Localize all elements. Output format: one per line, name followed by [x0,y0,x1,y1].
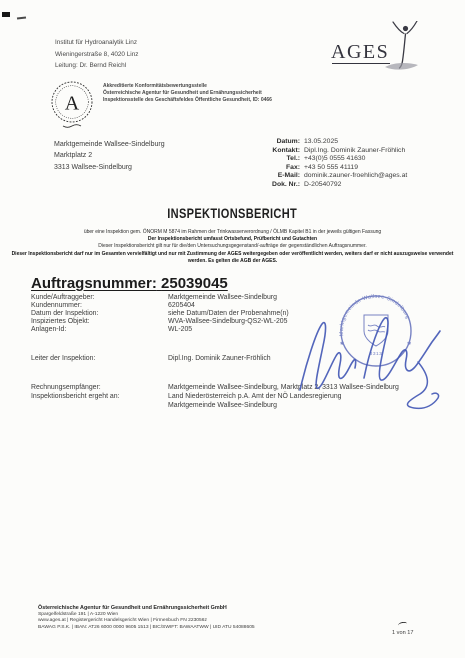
accreditation-block: Akkreditierte Konformitätsbewertungsstel… [103,83,272,104]
institute-block: Institut für Hydroanalytik Linz Wieninge… [55,37,138,72]
order-number-value: 25039045 [161,275,228,292]
recipient-name: Marktgemeinde Wallsee-Sindelburg [54,139,165,150]
scan-artifact-squiggle [398,622,407,628]
report-title-text: INSPEKTIONSBERICHT [168,205,298,221]
report-title: INSPEKTIONSBERICHT [0,205,465,221]
ages-logo-underline [332,63,390,64]
seal-letter: A [65,93,80,115]
signature-stroke [300,323,356,390]
scan-artifact-block [2,12,10,17]
contact-value: D-20540792 [304,181,465,190]
subtitle-line: Dieser Inspektionsbericht gilt nur für d… [0,243,465,250]
recipient-street: Marktplatz 2 [54,150,165,161]
page-number: 1 von 17 [392,630,413,636]
detail-label: Leiter der Inspektion: [31,355,168,364]
contact-row-email: E-Mail: dominik.zauner-froehlich@ages.at [222,172,465,181]
detail-value: Dipl.Ing. Dominik Zauner-Fröhlich [168,355,271,364]
accreditation-line: Inspektionsstelle des Geschäftsfeldes Öf… [103,97,272,104]
contact-row-person: Kontakt: Dipl.Ing. Dominik Zauner-Fröhli… [222,147,465,156]
detail-label: Inspektionsbericht ergeht an: [31,392,168,401]
contact-label: Dok. Nr.: [222,181,304,190]
detail-label: Inspiziertes Objekt: [31,318,168,326]
contact-value: dominik.zauner-froehlich@ages.at [304,172,465,181]
contact-label: Datum: [222,138,304,147]
contact-row-date: Datum: 13.05.2025 [222,138,465,147]
contact-row-phone: Tel.: +43(0)5 0555 41630 [222,155,465,164]
signature-stroke [364,318,440,380]
detail-label-spacer [31,401,168,410]
accreditation-line: Österreichische Agentur für Gesundheit u… [103,90,272,97]
subtitle-line: Der Inspektionsbericht umfasst Ortsbefun… [0,236,465,243]
contact-value: 13.05.2025 [304,138,465,147]
subtitle-line: Dieser Inspektionsbericht darf nur im Ge… [0,251,465,258]
contact-value: +43 50 555 41119 [304,164,465,173]
detail-label: Kunde/Auftraggeber: [31,294,168,302]
ages-logo-text: AGES [331,41,389,64]
report-subtitle-block: über eine Inspektion gem. ÖNORM M 5874 i… [0,229,465,265]
subtitle-line: werden. Es gelten die AGB der AGES. [0,258,465,265]
contact-label: Tel.: [222,155,304,164]
detail-label: Anlagen-Id: [31,326,168,334]
contact-block: Datum: 13.05.2025 Kontakt: Dipl.Ing. Dom… [222,138,465,189]
contact-label: Kontakt: [222,147,304,156]
scan-artifact-dash [17,16,26,19]
scanned-inspection-report-page: Institut für Hydroanalytik Linz Wieninge… [0,0,465,658]
footer-bank: BAWAG P.S.K. | IBAN: AT26 6000 0000 9605… [38,625,255,631]
contact-row-fax: Fax: +43 50 555 41119 [222,164,465,173]
handwritten-signature [292,302,444,419]
subtitle-line: über eine Inspektion gem. ÖNORM M 5874 i… [0,229,465,236]
contact-row-docnr: Dok. Nr.: D-20540792 [222,181,465,190]
accreditation-line: Akkreditierte Konformitätsbewertungsstel… [103,83,272,90]
recipient-city: 3313 Wallsee-Sindelburg [54,162,165,173]
contact-value: +43(0)5 0555 41630 [304,155,465,164]
detail-label: Kundennummer: [31,302,168,310]
order-number: Auftragsnummer: 25039045 [31,275,228,292]
detail-label: Datum der Inspektion: [31,310,168,318]
institute-address: Wieningerstraße 8, 4020 Linz [55,49,138,61]
contact-label: E-Mail: [222,172,304,181]
footer-block: Österreichische Agentur für Gesundheit u… [38,605,255,631]
detail-label: Rechnungsempfänger: [31,383,168,392]
order-number-label: Auftragsnummer: [31,275,157,292]
contact-label: Fax: [222,164,304,173]
institute-name: Institut für Hydroanalytik Linz [55,37,138,49]
ages-figure-icon [384,21,422,78]
footer-company: Österreichische Agentur für Gesundheit u… [38,605,255,611]
recipient-address-block: Marktgemeinde Wallsee-Sindelburg Marktpl… [54,139,165,173]
contact-value: Dipl.Ing. Dominik Zauner-Fröhlich [304,147,465,156]
institute-head: Leitung: Dr. Bernd Reichl [55,60,138,72]
accreditation-seal-icon: A [50,79,94,136]
